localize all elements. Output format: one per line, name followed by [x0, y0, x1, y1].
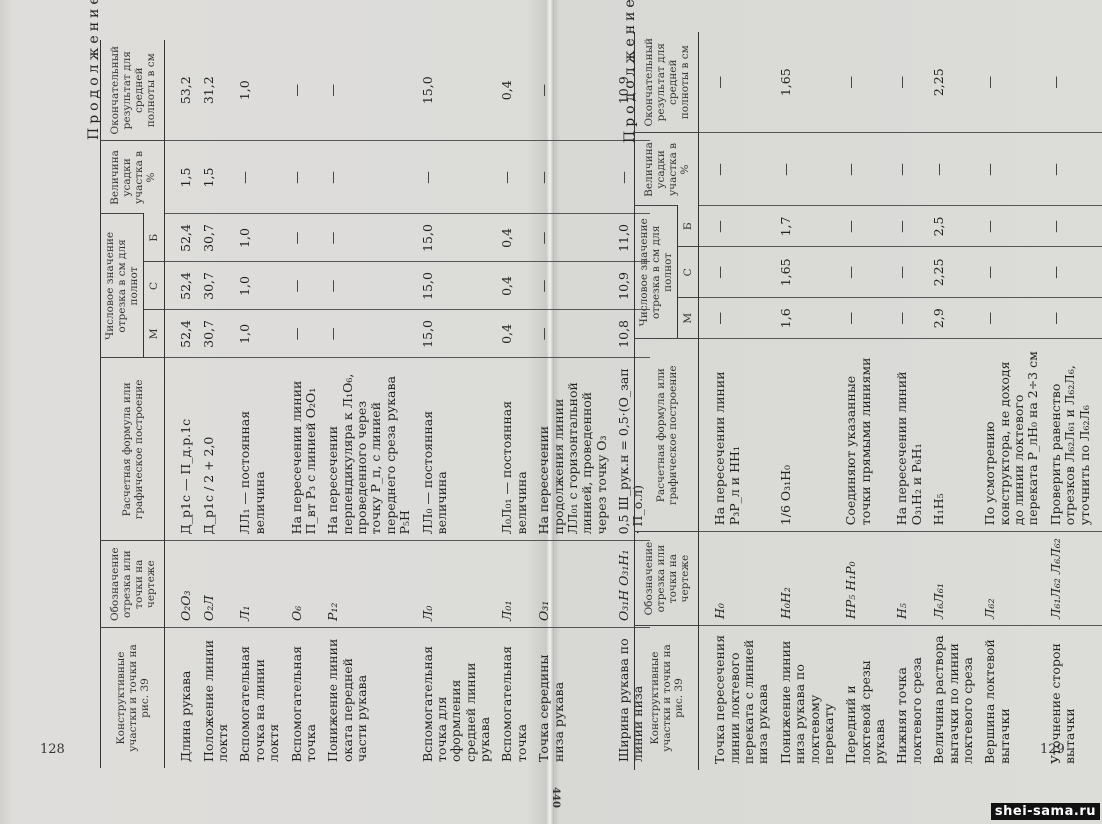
table-row: Величина раствора вытачки по линии локте… — [928, 32, 979, 770]
cell-s: — — [891, 247, 928, 298]
cell-s: 5,45 — [1096, 247, 1102, 298]
col-final: Окончательный результат для средней полн… — [101, 40, 165, 141]
cell-b: — — [322, 214, 416, 262]
table-row: Вспомогательная точкаO₆На пересечении ли… — [286, 40, 323, 768]
cell-m: 2,9 — [928, 298, 979, 339]
cell-m: — — [979, 298, 1045, 339]
cell-final: — — [979, 32, 1045, 133]
cell-s: — — [322, 262, 416, 310]
cell-symbol: O₂O₃ — [165, 541, 198, 628]
cell-b: 0,4 — [496, 214, 533, 262]
cell-construct: Вспомогательная точка — [286, 628, 323, 769]
col-final: Окончательный результат для средней полн… — [635, 32, 699, 133]
col-shrink: Величина усадки участка в % — [101, 141, 165, 214]
cell-final: 31,2 — [198, 40, 235, 141]
cell-final: 5,45 — [1096, 32, 1102, 133]
cell-construct: Положение вспомогательной точки линии ни… — [1096, 626, 1102, 771]
cell-symbol: HP₅ H₁P₀ — [840, 532, 891, 626]
cell-m: — — [322, 310, 416, 358]
cell-final: — — [533, 40, 613, 141]
cell-m: — — [699, 298, 775, 339]
cell-symbol: P₁₂ — [322, 541, 416, 628]
table-row: Понижение линии низа рукава по локтевому… — [775, 32, 841, 770]
cell-formula: 0,25Ш_рук.н — [1096, 339, 1102, 532]
col-size-b: Б — [678, 206, 699, 247]
cell-b: 5,5 — [1096, 206, 1102, 247]
cell-final: — — [840, 32, 891, 133]
cell-s: 15,0 — [417, 262, 497, 310]
cell-formula: На пересечении линий O₃₁H₂ и Р₆Н₁ — [891, 339, 928, 532]
cell-final: 53,2 — [165, 40, 198, 141]
cell-m: 5,4 — [1096, 298, 1102, 339]
cell-m: — — [533, 310, 613, 358]
cell-m: — — [1045, 298, 1096, 339]
cell-formula: На пересечении линии П_вт Р₃ с линией O₂… — [286, 358, 323, 541]
cell-b: — — [699, 206, 775, 247]
cell-shrink: 1,5 — [165, 141, 198, 214]
cell-m: 1,0 — [234, 310, 285, 358]
cell-shrink: 1,5 — [198, 141, 235, 214]
table-row: Точка пересечения линии локтевого перека… — [699, 32, 775, 770]
cell-final: — — [699, 32, 775, 133]
cell-formula: H₁H₅ — [928, 339, 979, 532]
cell-b: — — [840, 206, 891, 247]
table-row: Положение линии локтяO₂ЛД_р1с / 2 + 2,03… — [198, 40, 235, 768]
cell-formula: На пересечении перпендикуляра к Л₁O₆, пр… — [322, 358, 416, 541]
cell-construct: Вспомогательная точка — [496, 628, 533, 769]
cell-formula: Соединяют указанные точки прямыми линиям… — [840, 339, 891, 532]
cell-formula: Л₀Л₀₁ — постоянная величина — [496, 358, 533, 541]
table-row: Точка середины низа рукаваO₃₁На пересече… — [533, 40, 613, 768]
col-construct: Конструктивные участки и точки на рис. 3… — [635, 626, 699, 771]
cell-s: — — [979, 247, 1045, 298]
cell-shrink: — — [891, 133, 928, 206]
cell-construct: Вспомогательная точка для оформления сре… — [417, 628, 497, 769]
cell-s: 30,7 — [198, 262, 235, 310]
cell-construct: Вспомогательная точка на линии локтя — [234, 628, 285, 769]
cell-construct: Положение линии локтя — [198, 628, 235, 769]
cell-shrink: — — [1096, 133, 1102, 206]
cell-s: — — [699, 247, 775, 298]
cell-symbol: Л₁ — [234, 541, 285, 628]
cell-s: 1,65 — [775, 247, 841, 298]
cell-b: 15,0 — [417, 214, 497, 262]
cell-symbol: Л₀ — [417, 541, 497, 628]
cell-s: 1,0 — [234, 262, 285, 310]
cell-construct: Величина раствора вытачки по линии локте… — [928, 626, 979, 771]
cell-b: — — [1045, 206, 1096, 247]
table-row: Нижняя точка локтевого срезаH₅На пересеч… — [891, 32, 928, 770]
cell-b: 1,7 — [775, 206, 841, 247]
cell-s: 0,4 — [496, 262, 533, 310]
right-table: Конструктивные участки и точки на рис. 3… — [634, 32, 1102, 770]
cell-construct: Точка пересечения линии локтевого перека… — [699, 626, 775, 771]
cell-s: — — [1045, 247, 1096, 298]
cell-m: 0,4 — [496, 310, 533, 358]
cell-shrink: — — [417, 141, 497, 214]
cell-formula: Д_р1с / 2 + 2,0 — [198, 358, 235, 541]
cell-formula: На пересечении продолжения линии ЛЛ₀₁ с … — [533, 358, 613, 541]
col-symbol: Обозначение отрезка или точки на чертеже — [101, 541, 165, 628]
cell-shrink: — — [928, 133, 979, 206]
cell-symbol: O₆ — [286, 541, 323, 628]
col-formula: Расчетная формула или графическое постро… — [101, 358, 165, 541]
cell-construct: Понижение линии низа рукава по локтевому… — [775, 626, 841, 771]
cell-m: 30,7 — [198, 310, 235, 358]
cell-b: — — [979, 206, 1045, 247]
col-size-m: М — [678, 298, 699, 339]
cell-shrink: — — [496, 141, 533, 214]
cell-b: 52,4 — [165, 214, 198, 262]
col-size-b: Б — [144, 214, 165, 262]
cell-construct: Точка середины низа рукава — [533, 628, 613, 769]
cell-m: — — [840, 298, 891, 339]
cell-shrink: — — [979, 133, 1045, 206]
table-row: Положение вспомогательной точки линии ни… — [1096, 32, 1102, 770]
cell-b: — — [891, 206, 928, 247]
table-row: Длина рукаваO₂O₃Д_р1с — П_д.р.1с52,452,4… — [165, 40, 198, 768]
cell-s: — — [840, 247, 891, 298]
cell-m: — — [891, 298, 928, 339]
left-table: Конструктивные участки и точки на рис. 3… — [100, 40, 650, 768]
cell-symbol: H₅ — [891, 532, 928, 626]
cell-b: 2,5 — [928, 206, 979, 247]
cell-m: — — [286, 310, 323, 358]
col-numeric-group: Числовое значение отрезка в см для полно… — [101, 214, 144, 358]
cell-symbol: Л₆Л₆₁ — [928, 532, 979, 626]
cell-final: — — [322, 40, 416, 141]
cell-construct: Понижение линии оката передней части рук… — [322, 628, 416, 769]
col-size-s: С — [144, 262, 165, 310]
cell-final: 1,65 — [775, 32, 841, 133]
cell-formula: 1/6 O₃₁H₀ — [775, 339, 841, 532]
cell-symbol: Л₆₁Л₆₂ Л₆Л₆₂ — [1045, 532, 1096, 626]
gutter-mark: 440 — [550, 787, 561, 808]
cell-symbol: Л₀₁ — [496, 541, 533, 628]
cell-m: 1,6 — [775, 298, 841, 339]
cell-b: 30,7 — [198, 214, 235, 262]
cell-s: 2,25 — [928, 247, 979, 298]
cell-symbol: H₀ — [699, 532, 775, 626]
right-table-wrapper: Конструктивные участки и точки на рис. 3… — [634, 32, 1102, 770]
cell-final: — — [286, 40, 323, 141]
col-symbol: Обозначение отрезка или точки на чертеже — [635, 532, 699, 626]
table-row: Передний и локтевой срезы рукаваHP₅ H₁P₀… — [840, 32, 891, 770]
cell-construct: Уточнение сторон вытачки — [1045, 626, 1096, 771]
cell-formula: ЛЛ₁ — постоянная величина — [234, 358, 285, 541]
cell-construct: Передний и локтевой срезы рукава — [840, 626, 891, 771]
table-row: Вспомогательная точка для оформления сре… — [417, 40, 497, 768]
cell-final: 0,4 — [496, 40, 533, 141]
table-row: Вспомогательная точка на линии локтяЛ₁ЛЛ… — [234, 40, 285, 768]
page-number-left: 128 — [40, 742, 65, 757]
cell-symbol: O₃₁H₀₁ — [1096, 532, 1102, 626]
cell-construct: Длина рукава — [165, 628, 198, 769]
cell-formula: ЛЛ₀ — постоянная величина — [417, 358, 497, 541]
cell-final: — — [1045, 32, 1096, 133]
cell-shrink: — — [533, 141, 613, 214]
table-row: Вспомогательная точкаЛ₀₁Л₀Л₀₁ — постоянн… — [496, 40, 533, 768]
cell-b: — — [286, 214, 323, 262]
col-shrink: Величина усадки участка в % — [635, 133, 699, 206]
cell-b: — — [533, 214, 613, 262]
cell-m: 52,4 — [165, 310, 198, 358]
cell-final: 2,25 — [928, 32, 979, 133]
table-row: Уточнение сторон вытачкиЛ₆₁Л₆₂ Л₆Л₆₂Пров… — [1045, 32, 1096, 770]
cell-m: 15,0 — [417, 310, 497, 358]
cell-construct: Нижняя точка локтевого среза — [891, 626, 928, 771]
cell-symbol: O₂Л — [198, 541, 235, 628]
cell-final: 1,0 — [234, 40, 285, 141]
left-table-wrapper: Конструктивные участки и точки на рис. 3… — [100, 40, 650, 768]
table-row: Вершина локтевой вытачкиЛ₆₂По усмотрению… — [979, 32, 1045, 770]
site-watermark: shei-sama.ru — [991, 803, 1100, 820]
col-formula: Расчетная формула или графическое постро… — [635, 339, 699, 532]
col-construct: Конструктивные участки и точки на рис. 3… — [101, 628, 165, 769]
cell-shrink: — — [322, 141, 416, 214]
cell-symbol: H₀H₂ — [775, 532, 841, 626]
cell-s: — — [286, 262, 323, 310]
col-size-m: М — [144, 310, 165, 358]
col-numeric-group: Числовое значение отрезка в см для полно… — [635, 206, 678, 339]
cell-formula: По усмотрению конструктора, не доходя до… — [979, 339, 1045, 532]
cell-formula: Д_р1с — П_д.р.1с — [165, 358, 198, 541]
cell-shrink: — — [775, 133, 841, 206]
table-row: Понижение линии оката передней части рук… — [322, 40, 416, 768]
cell-final: 15,0 — [417, 40, 497, 141]
col-size-s: С — [678, 247, 699, 298]
cell-s: — — [533, 262, 613, 310]
cell-s: 52,4 — [165, 262, 198, 310]
cell-formula: Проверить равенство отрезков Л₆₂Л₆₁ и Л₆… — [1045, 339, 1096, 532]
cell-shrink: — — [699, 133, 775, 206]
cell-symbol: O₃₁ — [533, 541, 613, 628]
cell-final: — — [891, 32, 928, 133]
cell-shrink: — — [1045, 133, 1096, 206]
cell-shrink: — — [234, 141, 285, 214]
cell-symbol: Л₆₂ — [979, 532, 1045, 626]
cell-formula: На пересечении линии Р₃Р_л и НН₁ — [699, 339, 775, 532]
cell-shrink: — — [286, 141, 323, 214]
cell-b: 1,0 — [234, 214, 285, 262]
cell-shrink: — — [840, 133, 891, 206]
cell-construct: Вершина локтевой вытачки — [979, 626, 1045, 771]
